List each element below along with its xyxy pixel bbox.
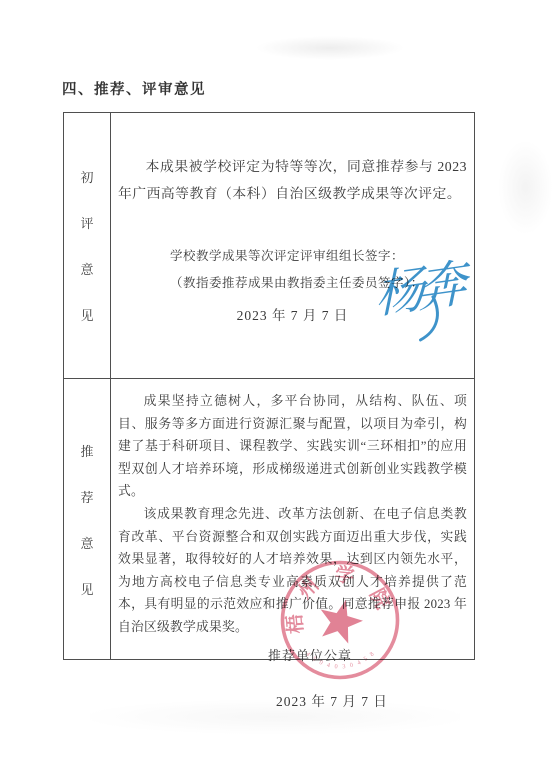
scan-smudge-top bbox=[255, 36, 405, 60]
label-char: 意 bbox=[80, 259, 93, 278]
signer-label-line2: （教指委推荐成果由教指委主任委员签字）： bbox=[170, 270, 467, 297]
label-char: 见 bbox=[80, 579, 93, 598]
initial-review-row-label: 初 评 意 见 bbox=[64, 113, 111, 378]
recommendation-content: 成果坚持立德树人，多平台协同，从结构、队伍、项目、服务等多方面进行资源汇聚与配置… bbox=[111, 379, 474, 659]
recommendation-row: 推 荐 意 见 成果坚持立德树人，多平台协同，从结构、队伍、项目、服务等多方面进… bbox=[64, 379, 474, 659]
signer-label-line1: 学校教学成果等次评定评审组组长签字： bbox=[170, 243, 467, 270]
recommendation-paragraph-1: 成果坚持立德树人，多平台协同，从结构、队伍、项目、服务等多方面进行资源汇聚与配置… bbox=[118, 390, 467, 503]
label-char: 推 bbox=[80, 441, 93, 460]
initial-review-row: 初 评 意 见 本成果被学校评定为特等等次，同意推荐参与 2023 年广西高等教… bbox=[64, 113, 474, 379]
recommendation-paragraph-2: 该成果教育理念先进、改革方法创新、在电子信息类教育改革、平台资源整合和双创实践方… bbox=[118, 503, 467, 639]
label-char: 荐 bbox=[80, 487, 93, 506]
document-page: 四、推荐、评审意见 初 评 意 见 本成果被学校评定为特等等次，同意推荐参与 2… bbox=[0, 0, 558, 768]
label-char: 意 bbox=[80, 533, 93, 552]
section-title: 四、推荐、评审意见 bbox=[62, 78, 206, 99]
signature-label-block: 学校教学成果等次评定评审组组长签字： （教指委推荐成果由教指委主任委员签字）： bbox=[170, 243, 467, 297]
recommendation-date: 2023 年 7 月 7 日 bbox=[276, 690, 467, 710]
initial-review-paragraph: 本成果被学校评定为特等等次，同意推荐参与 2023 年广西高等教育（本科）自治区… bbox=[118, 153, 467, 207]
initial-review-date: 2023 年 7 月 7 日 bbox=[118, 304, 467, 324]
label-char: 评 bbox=[80, 213, 93, 232]
review-table: 初 评 意 见 本成果被学校评定为特等等次，同意推荐参与 2023 年广西高等教… bbox=[63, 112, 475, 660]
initial-review-content: 本成果被学校评定为特等等次，同意推荐参与 2023 年广西高等教育（本科）自治区… bbox=[111, 113, 474, 378]
label-char: 初 bbox=[80, 167, 93, 186]
stamp-code-digit: 3 bbox=[342, 663, 346, 670]
seal-label: 推荐单位公章 bbox=[268, 645, 467, 664]
scan-smudge-right bbox=[498, 140, 553, 235]
stamp-code-digit: 0 bbox=[334, 663, 338, 670]
label-char: 见 bbox=[80, 305, 93, 324]
recommendation-row-label: 推 荐 意 见 bbox=[64, 379, 111, 659]
